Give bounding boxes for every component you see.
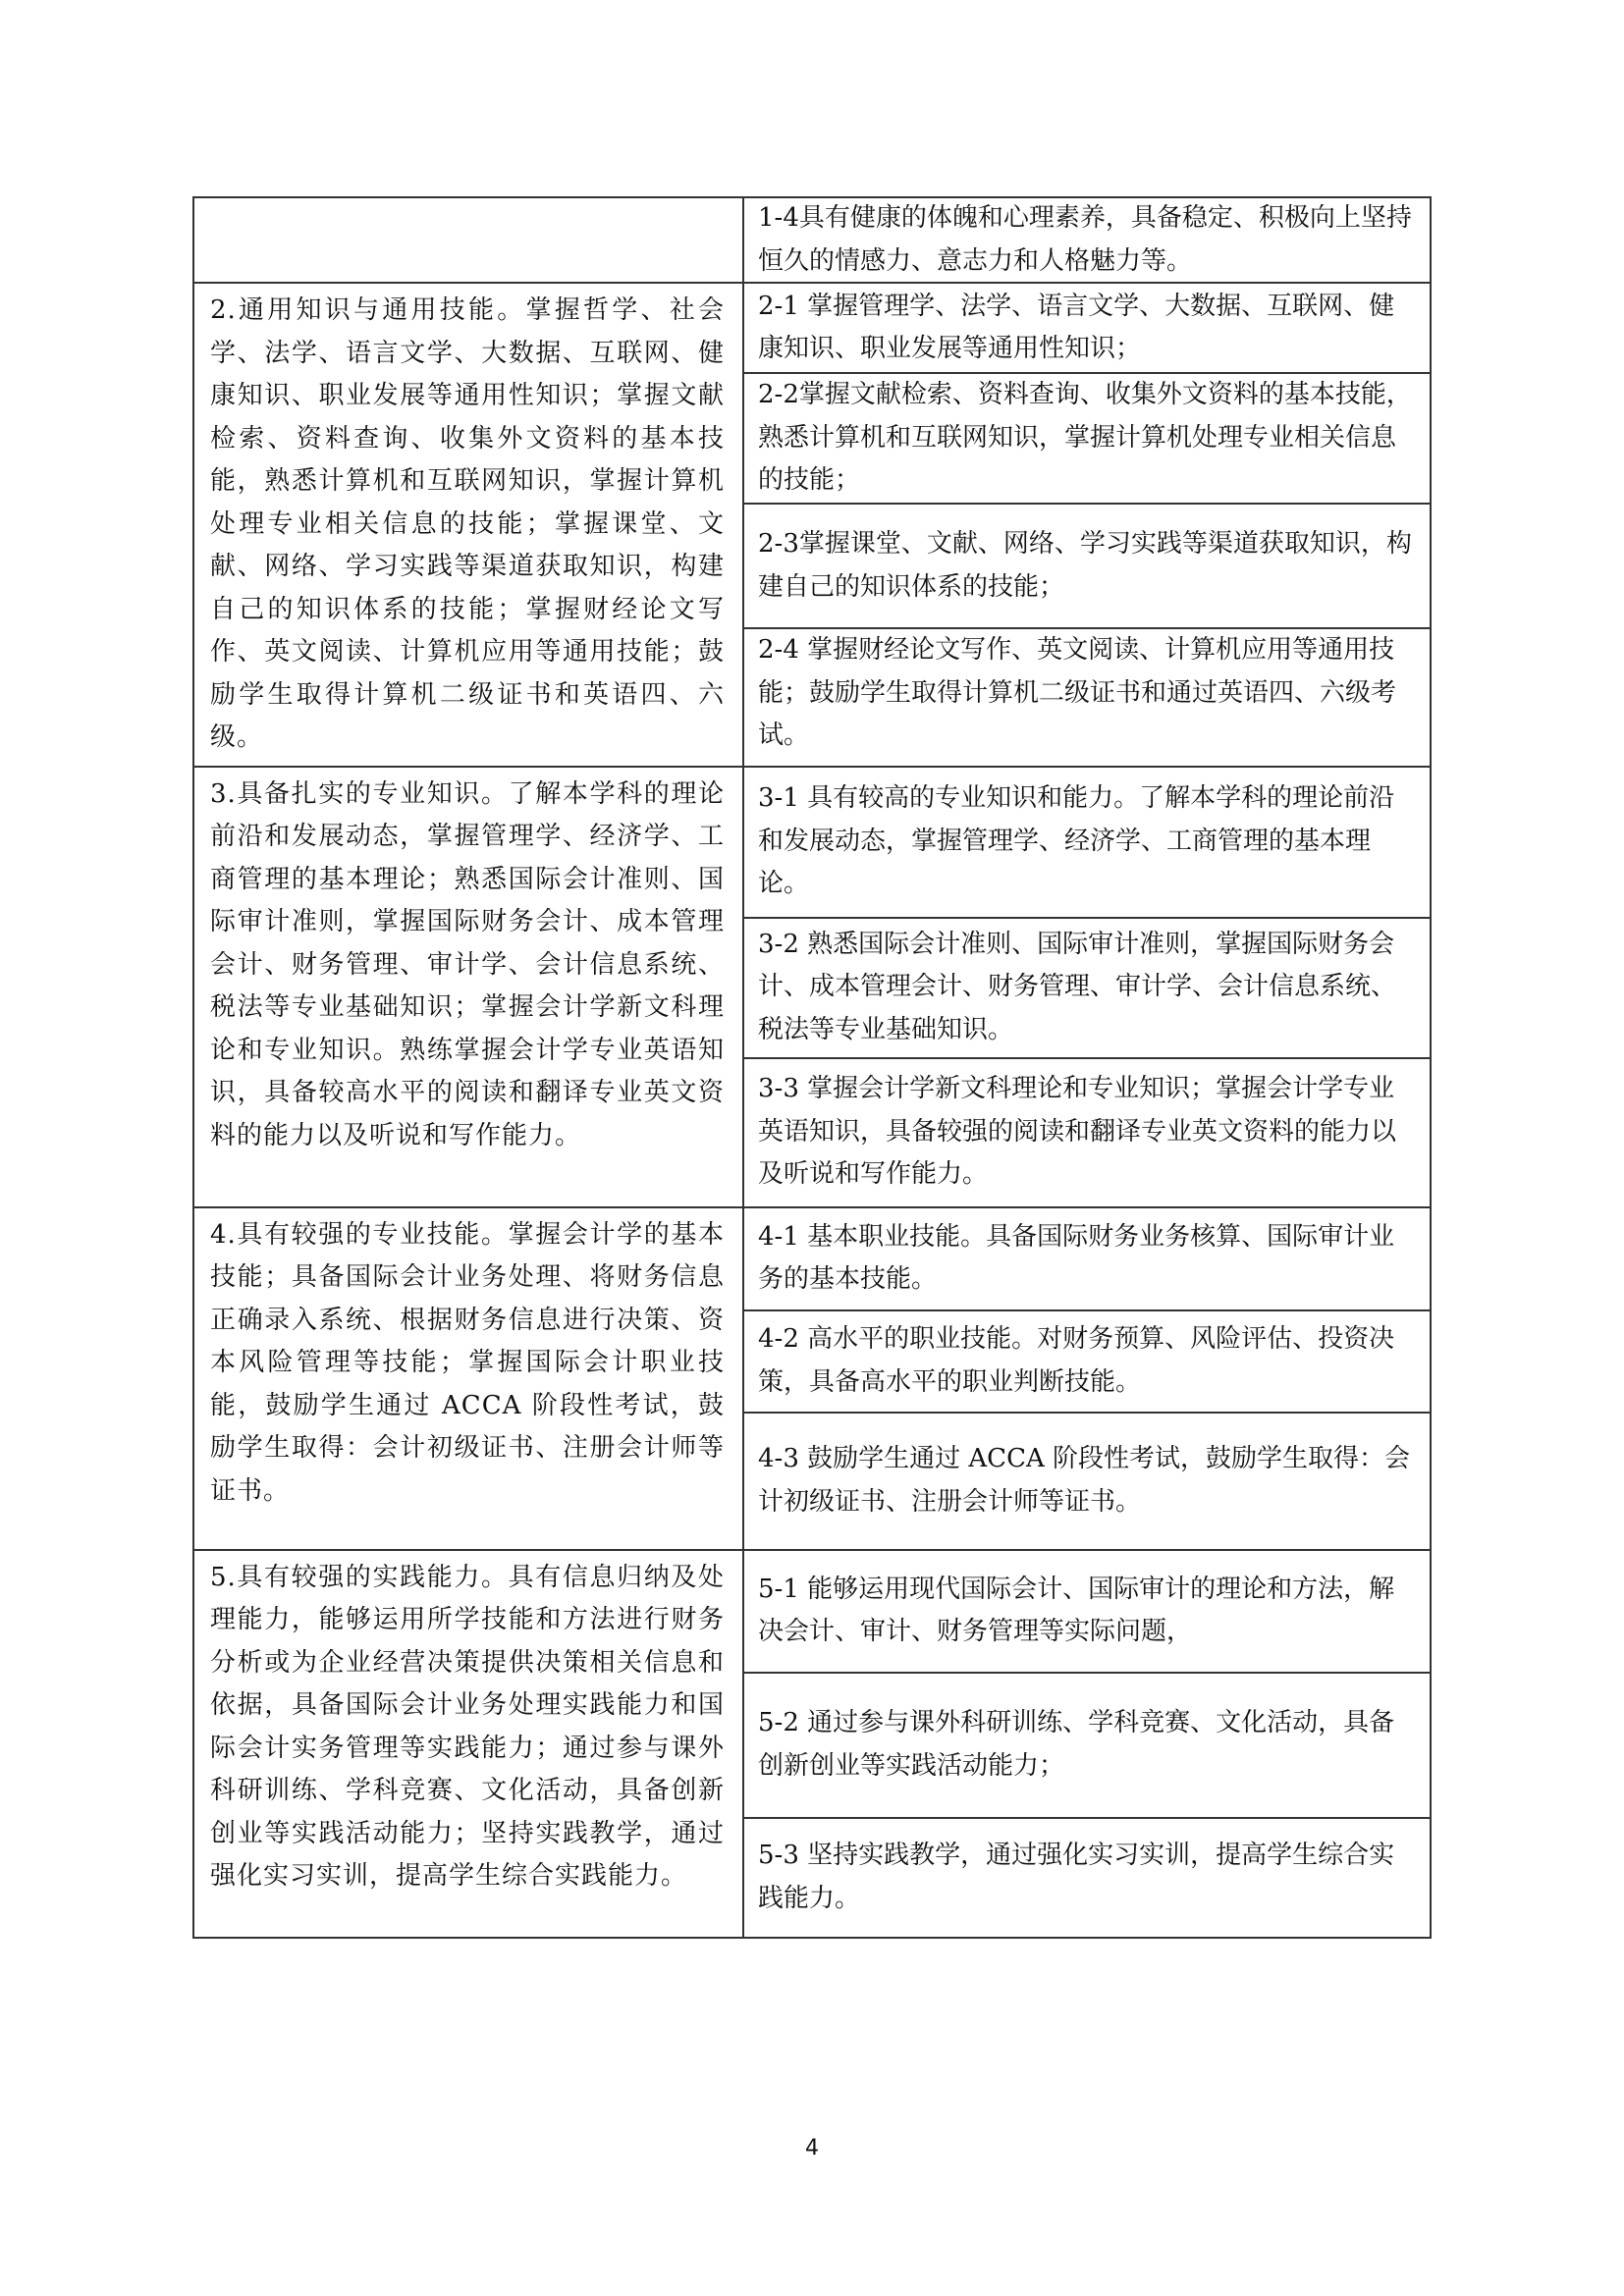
indicator-text: 4-2 高水平的职业技能。对财务预算、风险评估、投资决策，具备高水平的职业判断技… xyxy=(758,1318,1418,1404)
indicator-cell-1-4: 1-4具有健康的体魄和心理素养，具备稳定、积极向上坚持恒久的情感力、意志力和人格… xyxy=(744,198,1430,282)
indicator-cells: 3-1 具有较高的专业知识和能力。了解本学科的理论前沿和发展动态，掌握管理学、经… xyxy=(744,768,1430,1206)
table-row-3: 3.具备扎实的专业知识。了解本学科的理论前沿和发展动态，掌握管理学、经济学、工商… xyxy=(194,766,1430,1206)
indicator-cell-5-1: 5-1 能够运用现代国际会计、国际审计的理论和方法，解决会计、审计、财务管理等实… xyxy=(744,1551,1430,1672)
page-number: 4 xyxy=(0,2136,1624,2161)
requirement-cell: 3.具备扎实的专业知识。了解本学科的理论前沿和发展动态，掌握管理学、经济学、工商… xyxy=(194,768,744,1206)
indicator-text: 2-2掌握文献检索、资料查询、收集外文资料的基本技能，熟悉计算机和互联网知识，掌… xyxy=(758,374,1418,503)
indicator-cells: 5-1 能够运用现代国际会计、国际审计的理论和方法，解决会计、审计、财务管理等实… xyxy=(744,1551,1430,1937)
requirement-cell: 2.通用知识与通用技能。掌握哲学、社会学、法学、语言文学、大数据、互联网、健康知… xyxy=(194,284,744,766)
indicator-cells: 2-1 掌握管理学、法学、语言文学、大数据、互联网、健康知识、职业发展等通用性知… xyxy=(744,284,1430,766)
indicator-cell-2-4: 2-4 掌握财经论文写作、英文阅读、计算机应用等通用技能；鼓励学生取得计算机二级… xyxy=(744,627,1430,758)
indicator-text: 2-4 掌握财经论文写作、英文阅读、计算机应用等通用技能；鼓励学生取得计算机二级… xyxy=(758,629,1418,758)
requirement-cell xyxy=(194,198,744,282)
indicator-cell-4-3: 4-3 鼓励学生通过 ACCA 阶段性考试，鼓励学生取得：会计初级证书、注册会计… xyxy=(744,1412,1430,1549)
indicator-cell-3-1: 3-1 具有较高的专业知识和能力。了解本学科的理论前沿和发展动态，掌握管理学、经… xyxy=(744,768,1430,917)
indicator-text: 3-3 掌握会计学新文科理论和专业知识；掌握会计学专业英语知识，具备较强的阅读和… xyxy=(758,1068,1418,1197)
indicator-text: 5-3 坚持实践教学，通过强化实习实训，提高学生综合实践能力。 xyxy=(758,1835,1418,1920)
indicator-cell-4-2: 4-2 高水平的职业技能。对财务预算、风险评估、投资决策，具备高水平的职业判断技… xyxy=(744,1309,1430,1412)
indicator-cells: 4-1 基本职业技能。具备国际财务业务核算、国际审计业务的基本技能。 4-2 高… xyxy=(744,1208,1430,1549)
table-row-5: 5.具有较强的实践能力。具有信息归纳及处理能力，能够运用所学技能和方法进行财务分… xyxy=(194,1549,1430,1937)
indicator-cell-4-1: 4-1 基本职业技能。具备国际财务业务核算、国际审计业务的基本技能。 xyxy=(744,1208,1430,1309)
indicator-text: 3-2 熟悉国际会计准则、国际审计准则，掌握国际财务会计、成本管理会计、财务管理… xyxy=(758,924,1418,1052)
indicator-text: 2-1 掌握管理学、法学、语言文学、大数据、互联网、健康知识、职业发展等通用性知… xyxy=(758,286,1418,371)
indicator-cells: 1-4具有健康的体魄和心理素养，具备稳定、积极向上坚持恒久的情感力、意志力和人格… xyxy=(744,198,1430,282)
indicator-cell-5-2: 5-2 通过参与课外科研训练、学科竞赛、文化活动，具备创新创业等实践活动能力； xyxy=(744,1672,1430,1817)
indicator-text: 4-3 鼓励学生通过 ACCA 阶段性考试，鼓励学生取得：会计初级证书、注册会计… xyxy=(758,1438,1418,1523)
indicator-cell-5-3: 5-3 坚持实践教学，通过强化实习实训，提高学生综合实践能力。 xyxy=(744,1817,1430,1937)
requirement-cell: 4.具有较强的专业技能。掌握会计学的基本技能；具备国际会计业务处理、将财务信息正… xyxy=(194,1208,744,1549)
table-row-1: 1-4具有健康的体魄和心理素养，具备稳定、积极向上坚持恒久的情感力、意志力和人格… xyxy=(194,198,1430,282)
indicator-text: 5-2 通过参与课外科研训练、学科竞赛、文化活动，具备创新创业等实践活动能力； xyxy=(758,1702,1418,1788)
document-page: 1-4具有健康的体魄和心理素养，具备稳定、积极向上坚持恒久的情感力、意志力和人格… xyxy=(0,0,1624,2296)
objectives-table: 1-4具有健康的体魄和心理素养，具备稳定、积极向上坚持恒久的情感力、意志力和人格… xyxy=(192,196,1432,1939)
indicator-text: 3-1 具有较高的专业知识和能力。了解本学科的理论前沿和发展动态，掌握管理学、经… xyxy=(758,777,1418,906)
table-row-2: 2.通用知识与通用技能。掌握哲学、社会学、法学、语言文学、大数据、互联网、健康知… xyxy=(194,282,1430,766)
indicator-cell-2-1: 2-1 掌握管理学、法学、语言文学、大数据、互联网、健康知识、职业发展等通用性知… xyxy=(744,284,1430,372)
requirement-cell: 5.具有较强的实践能力。具有信息归纳及处理能力，能够运用所学技能和方法进行财务分… xyxy=(194,1551,744,1937)
indicator-text: 1-4具有健康的体魄和心理素养，具备稳定、积极向上坚持恒久的情感力、意志力和人格… xyxy=(758,197,1418,283)
indicator-text: 5-1 能够运用现代国际会计、国际审计的理论和方法，解决会计、审计、财务管理等实… xyxy=(758,1569,1418,1654)
indicator-cell-2-3: 2-3掌握课堂、文献、网络、学习实践等渠道获取知识，构建自己的知识体系的技能； xyxy=(744,503,1430,627)
indicator-cell-3-3: 3-3 掌握会计学新文科理论和专业知识；掌握会计学专业英语知识，具备较强的阅读和… xyxy=(744,1057,1430,1206)
indicator-text: 2-3掌握课堂、文献、网络、学习实践等渠道获取知识，构建自己的知识体系的技能； xyxy=(758,523,1418,609)
indicator-cell-3-2: 3-2 熟悉国际会计准则、国际审计准则，掌握国际财务会计、成本管理会计、财务管理… xyxy=(744,917,1430,1057)
indicator-text: 4-1 基本职业技能。具备国际财务业务核算、国际审计业务的基本技能。 xyxy=(758,1216,1418,1302)
indicator-cell-2-2: 2-2掌握文献检索、资料查询、收集外文资料的基本技能，熟悉计算机和互联网知识，掌… xyxy=(744,372,1430,503)
table-row-4: 4.具有较强的专业技能。掌握会计学的基本技能；具备国际会计业务处理、将财务信息正… xyxy=(194,1206,1430,1549)
